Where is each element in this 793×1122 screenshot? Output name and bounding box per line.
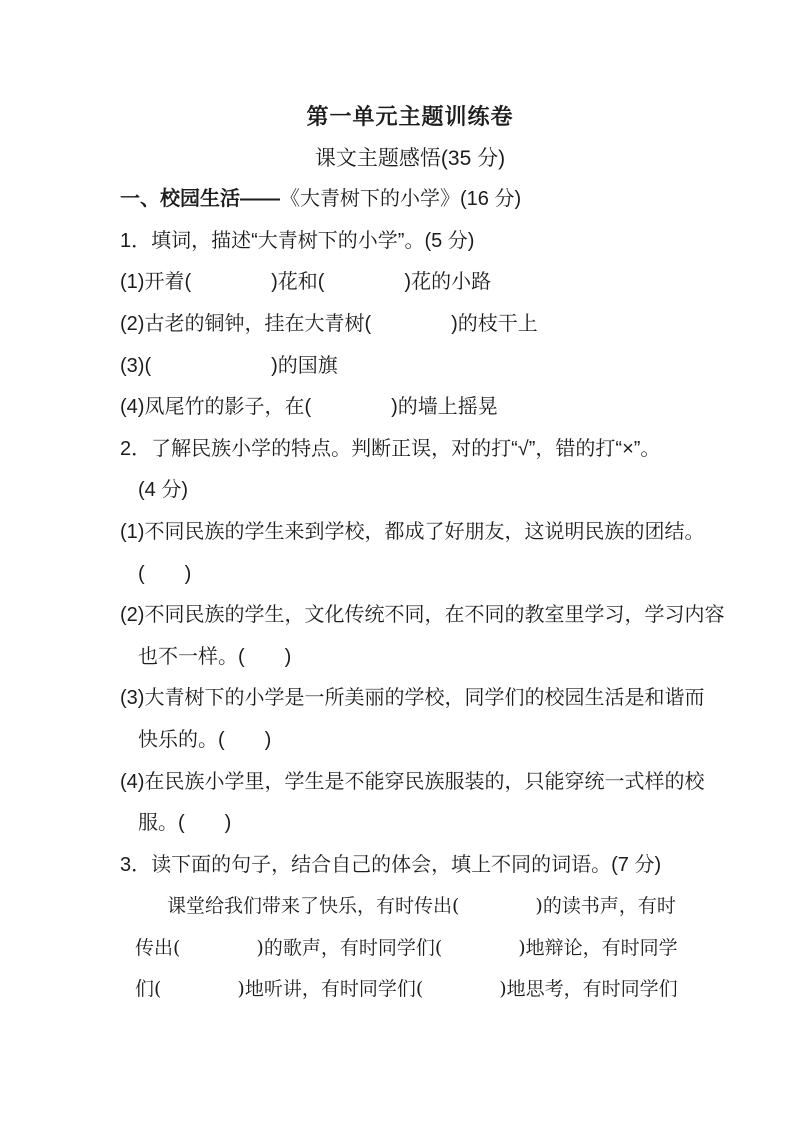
subtitle: 课文主题感悟(35 分) bbox=[120, 138, 700, 180]
q1-fill-blank-item: (4)凤尾竹的影子，在( )的墙上摇晃 bbox=[120, 387, 753, 429]
q1-fill-blank-item: (1)开着( )花和( )花的小路 bbox=[120, 262, 753, 304]
q2-judgment-item: (1)不同民族的学生来到学校，都成了好朋友，这说明民族的团结。 bbox=[120, 512, 753, 554]
q2-judgment-item-continuation: 快乐的。( ) bbox=[120, 720, 753, 762]
exam-paper-page: 第一单元主题训练卷 课文主题感悟(35 分) 一、校园生活——《大青树下的小学》… bbox=[0, 0, 793, 1122]
q1-fill-blank-item: (2)古老的铜钟，挂在大青树( )的枝干上 bbox=[120, 304, 753, 346]
q1-prompt: 1．填词，描述“大青树下的小学”。(5 分) bbox=[120, 221, 753, 263]
section-heading: 一、校园生活——《大青树下的小学》(16 分) bbox=[120, 179, 753, 221]
q1-fill-blank-item: (3)( )的国旗 bbox=[120, 346, 753, 388]
section-heading-book-title: 《大青树下的小学》(16 分) bbox=[280, 188, 521, 210]
page-title: 第一单元主题训练卷 bbox=[120, 96, 700, 138]
q2-judgment-item: (3)大青树下的小学是一所美丽的学校，同学们的校园生活是和谐而 bbox=[120, 678, 753, 720]
q2-judgment-item: (2)不同民族的学生，文化传统不同，在不同的教室里学习，学习内容 bbox=[120, 595, 753, 637]
q2-answer-blank: ( ) bbox=[120, 554, 753, 596]
section-heading-label: 一、校园生活—— bbox=[120, 188, 280, 210]
q2-judgment-item-continuation: 也不一样。( ) bbox=[120, 637, 753, 679]
q3-passage-line: 课堂给我们带来了快乐，有时传出( )的读书声，有时 bbox=[120, 886, 753, 928]
q2-score: (4 分) bbox=[120, 470, 753, 512]
q2-judgment-item: (4)在民族小学里，学生是不能穿民族服装的，只能穿统一式样的校 bbox=[120, 762, 753, 804]
q3-passage-line: 们( )地听讲，有时同学们( )地思考，有时同学们 bbox=[120, 969, 753, 1011]
q2-prompt: 2．了解民族小学的特点。判断正误，对的打“√”，错的打“×”。 bbox=[120, 429, 753, 471]
q2-judgment-item-continuation: 服。( ) bbox=[120, 803, 753, 845]
q3-prompt: 3．读下面的句子，结合自己的体会，填上不同的词语。(7 分) bbox=[120, 845, 753, 887]
q3-passage-line: 传出( )的歌声，有时同学们( )地辩论，有时同学 bbox=[120, 928, 753, 970]
